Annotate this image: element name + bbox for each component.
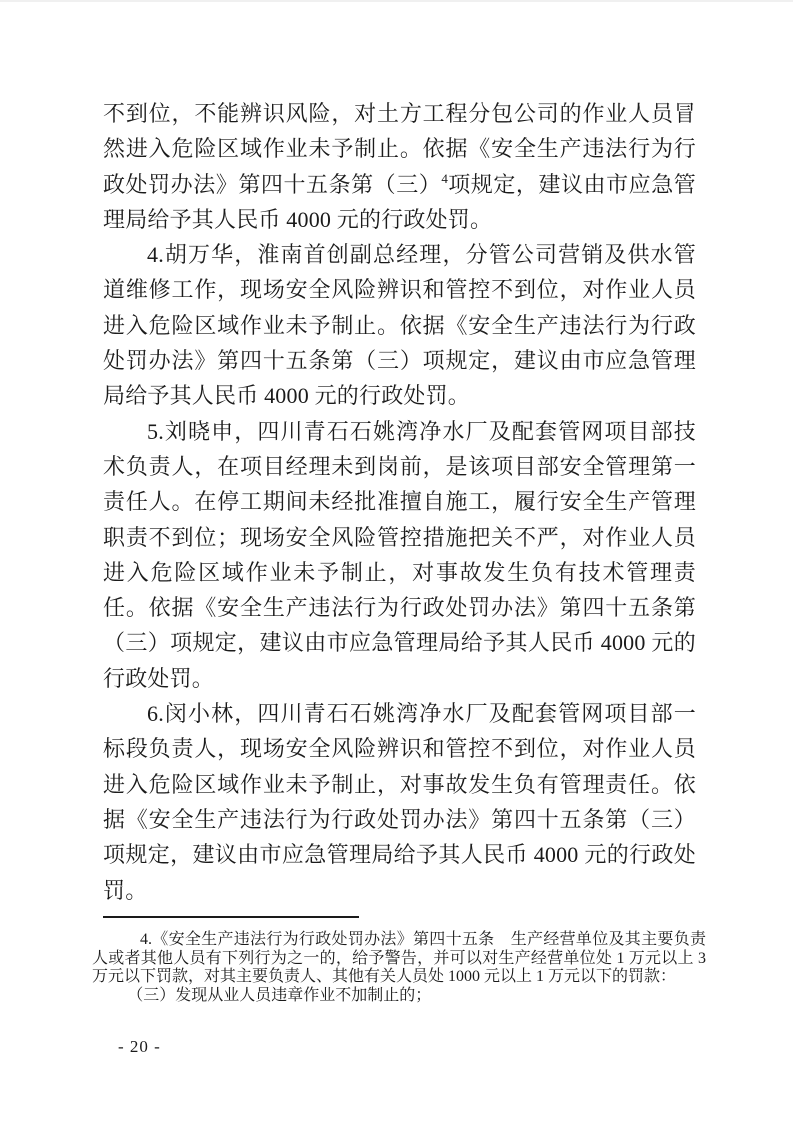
page-number: - 20 - (118, 1037, 161, 1057)
footnote-section: 4.《安全生产违法行为行政处罚办法》第四十五条 生产经营单位及其主要负责人或者其… (92, 931, 706, 1006)
page-top-edge (0, 0, 793, 2)
paragraph-item-5: 5.刘晓申，四川青石石姚湾净水厂及配套管网项目部技术负责人，在项目经理未到岗前，… (103, 414, 696, 696)
paragraph-continuation: 不到位，不能辨识风险，对土方工程分包公司的作业人员冒然进入危险区域作业未予制止。… (103, 96, 696, 237)
paragraph-item-4: 4.胡万华，淮南首创副总经理，分管公司营销及供水管道维修工作，现场安全风险辨识和… (103, 237, 696, 413)
document-body: 不到位，不能辨识风险，对土方工程分包公司的作业人员冒然进入危险区域作业未予制止。… (103, 96, 696, 908)
paragraph-item-6: 6.闵小林，四川青石石姚湾净水厂及配套管网项目部一标段负责人，现场安全风险辨识和… (103, 696, 696, 908)
footnote-citation: 4.《安全生产违法行为行政处罚办法》第四十五条 生产经营单位及其主要负责人或者其… (92, 931, 706, 987)
document-page: 不到位，不能辨识风险，对土方工程分包公司的作业人员冒然进入危险区域作业未予制止。… (0, 0, 793, 1122)
footnote-separator-line (103, 916, 359, 918)
footnote-clause-item: （三）发现从业人员违章作业不加制止的； (92, 987, 706, 1006)
